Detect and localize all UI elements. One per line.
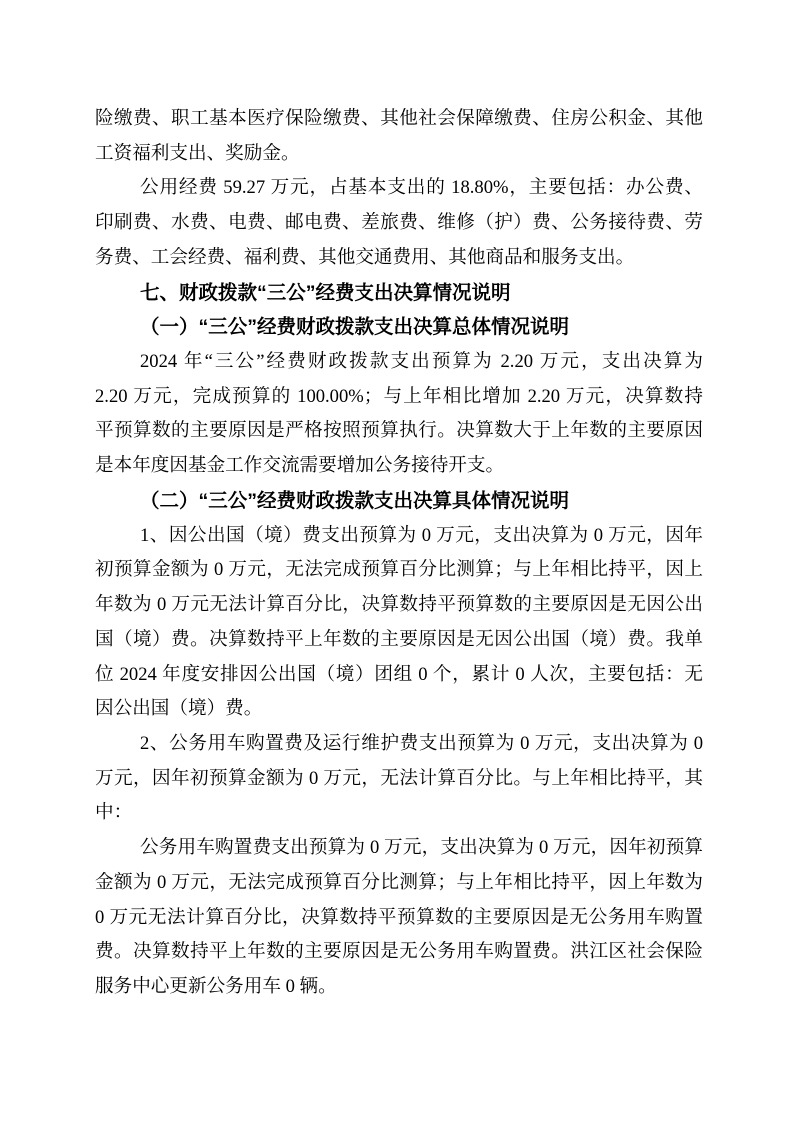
text-line: 平预算数的主要原因是严格按照预算执行。决算数大于上年数的主要原因 — [95, 414, 703, 449]
text-line: 务费、工会经费、福利费、其他交通费用、其他商品和服务支出。 — [95, 241, 703, 276]
para-vehicle-purchase: 公务用车购置费支出预算为 0 万元，支出决算为 0 万元，因年初预算金额为 0 … — [95, 831, 703, 1005]
heading-seven-part-one: （一）“三公”经费财政拨款支出决算总体情况说明 — [95, 310, 703, 345]
text-line: 2.20 万元，完成预算的 100.00%；与上年相比增加 2.20 万元，决算… — [95, 380, 703, 415]
heading-seven-part-two: （二）“三公”经费财政拨款支出决算具体情况说明 — [95, 484, 703, 519]
heading-line: （二）“三公”经费财政拨款支出决算具体情况说明 — [95, 484, 703, 519]
text-line: 万元，因年初预算金额为 0 万元，无法计算百分比。与上年相比持平，其 — [95, 762, 703, 797]
para-three-public-overall: 2024 年“三公”经费财政拨款支出预算为 2.20 万元，支出决算为2.20 … — [95, 345, 703, 484]
text-line: 中： — [95, 796, 703, 831]
document-page: 险缴费、职工基本医疗保险缴费、其他社会保障缴费、住房公积金、其他工资福利支出、奖… — [0, 0, 793, 1122]
text-line: 初预算金额为 0 万元，无法完成预算百分比测算；与上年相比持平，因上 — [95, 553, 703, 588]
text-line: 险缴费、职工基本医疗保险缴费、其他社会保障缴费、住房公积金、其他 — [95, 102, 703, 137]
text-line: 工资福利支出、奖励金。 — [95, 137, 703, 172]
text-line: 年数为 0 万元无法计算百分比，决算数持平预算数的主要原因是无因公出 — [95, 588, 703, 623]
text-line: 2、公务用车购置费及运行维护费支出预算为 0 万元，支出决算为 0 — [95, 727, 703, 762]
heading-line: （一）“三公”经费财政拨款支出决算总体情况说明 — [95, 310, 703, 345]
heading-line: 七、财政拨款“三公”经费支出决算情况说明 — [95, 276, 703, 311]
text-line: 公务用车购置费支出预算为 0 万元，支出决算为 0 万元，因年初预算 — [95, 831, 703, 866]
text-line: 费。决算数持平上年数的主要原因是无公务用车购置费。洪江区社会保险 — [95, 935, 703, 970]
text-line: 2024 年“三公”经费财政拨款支出预算为 2.20 万元，支出决算为 — [95, 345, 703, 380]
para-public-operating-funds: 公用经费 59.27 万元，占基本支出的 18.80%，主要包括：办公费、印刷费… — [95, 171, 703, 275]
text-line: 金额为 0 万元，无法完成预算百分比测算；与上年相比持平，因上年数为 — [95, 866, 703, 901]
para-welfare-continued: 险缴费、职工基本医疗保险缴费、其他社会保障缴费、住房公积金、其他工资福利支出、奖… — [95, 102, 703, 171]
text-line: 位 2024 年度安排因公出国（境）团组 0 个，累计 0 人次，主要包括：无 — [95, 658, 703, 693]
text-line: 因公出国（境）费。 — [95, 692, 703, 727]
text-line: 0 万元无法计算百分比，决算数持平预算数的主要原因是无公务用车购置 — [95, 901, 703, 936]
para-overseas-travel: 1、因公出国（境）费支出预算为 0 万元，支出决算为 0 万元，因年初预算金额为… — [95, 519, 703, 727]
para-official-vehicle-total: 2、公务用车购置费及运行维护费支出预算为 0 万元，支出决算为 0万元，因年初预… — [95, 727, 703, 831]
document-body: 险缴费、职工基本医疗保险缴费、其他社会保障缴费、住房公积金、其他工资福利支出、奖… — [95, 102, 703, 1005]
text-line: 印刷费、水费、电费、邮电费、差旅费、维修（护）费、公务接待费、劳 — [95, 206, 703, 241]
text-line: 是本年度因基金工作交流需要增加公务接待开支。 — [95, 449, 703, 484]
text-line: 公用经费 59.27 万元，占基本支出的 18.80%，主要包括：办公费、 — [95, 171, 703, 206]
text-line: 国（境）费。决算数持平上年数的主要原因是无因公出国（境）费。我单 — [95, 623, 703, 658]
text-line: 1、因公出国（境）费支出预算为 0 万元，支出决算为 0 万元，因年 — [95, 519, 703, 554]
text-line: 服务中心更新公务用车 0 辆。 — [95, 970, 703, 1005]
heading-section-seven: 七、财政拨款“三公”经费支出决算情况说明 — [95, 276, 703, 311]
